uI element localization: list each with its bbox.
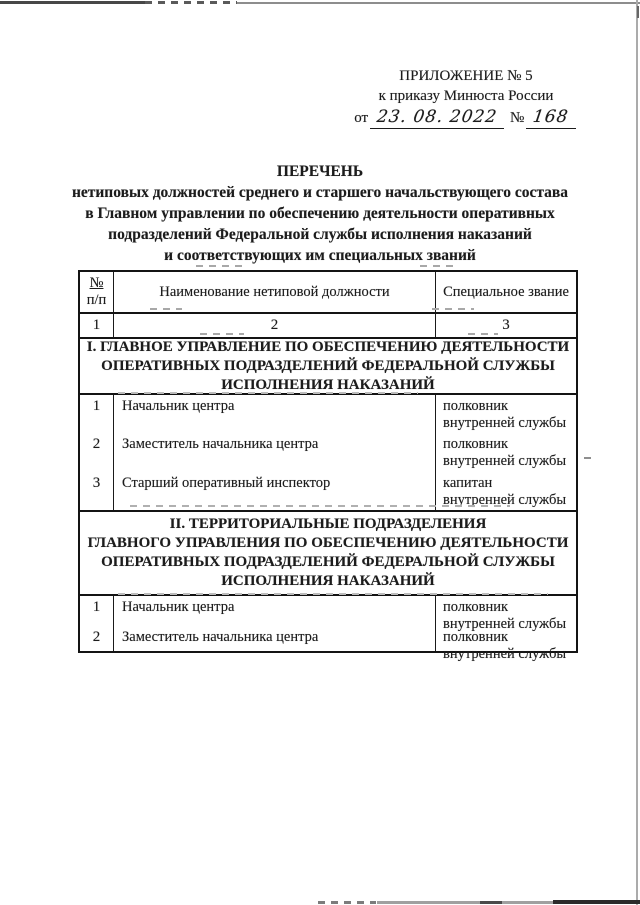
section-heading-2: II. ТЕРРИТОРИАЛЬНЫЕ ПОДРАЗДЕЛЕНИЯ ГЛАВНО… — [80, 512, 576, 596]
special-rank: капитан внутренней службы — [436, 472, 576, 510]
handwritten-number-underline: 168 — [526, 107, 575, 129]
scan-artifact-margin-dash — [584, 457, 591, 459]
header-rank-label: Специальное звание — [443, 284, 569, 301]
column-index-row: 1 2 3 — [80, 314, 576, 339]
section-1-col-position: Начальник центраЗаместитель начальника ц… — [114, 395, 436, 510]
handwritten-number: 168 — [532, 107, 570, 127]
scan-artifact-top-dashes — [145, 1, 237, 4]
scan-artifact-bottom-dark — [553, 900, 640, 904]
position-name: Старший оперативный инспектор — [114, 472, 435, 510]
number-sign-label: № — [510, 110, 524, 126]
position-name: Начальник центра — [114, 395, 435, 433]
table-header-row: № п/п Наименование нетиповой должности С… — [80, 272, 576, 314]
header-cell-position: Наименование нетиповой должности — [114, 272, 436, 312]
scan-artifact-top-dark — [0, 1, 145, 4]
approval-block: ПРИЛОЖЕНИЕ № 5 к приказу Минюста России … — [348, 66, 584, 129]
row-number: 3 — [80, 472, 113, 510]
handwritten-date: 23. 08. 2022 — [376, 107, 499, 127]
header-cell-rank: Специальное звание — [436, 272, 576, 312]
row-number: 1 — [80, 395, 113, 433]
section-rows-2: 12Начальник центраЗаместитель начальника… — [80, 596, 576, 651]
position-name: Заместитель начальника центра — [114, 433, 435, 472]
scan-artifact-top-thin — [237, 2, 640, 4]
date-from-label: от — [354, 110, 368, 126]
scan-artifact-bottom-dark-short — [480, 901, 502, 904]
position-name: Заместитель начальника центра — [114, 626, 435, 651]
section-2-col-num: 12 — [80, 596, 114, 651]
scan-artifact-bottom-bar — [377, 901, 555, 904]
scanned-document-page: ПРИЛОЖЕНИЕ № 5 к приказу Минюста России … — [0, 0, 640, 905]
position-name: Начальник центра — [114, 596, 435, 626]
header-num-pp: п/п — [87, 292, 107, 309]
section-rows-1: 123Начальник центраЗаместитель начальник… — [80, 395, 576, 512]
row-number: 2 — [80, 433, 113, 472]
appendix-number-line: ПРИЛОЖЕНИЕ № 5 — [348, 66, 584, 86]
column-index-1: 1 — [80, 314, 114, 337]
special-rank: полковник внутренней службы — [436, 596, 576, 626]
positions-table: № п/п Наименование нетиповой должности С… — [78, 270, 578, 653]
row-number: 1 — [80, 596, 113, 626]
handwritten-date-underline: 23. 08. 2022 — [370, 107, 504, 129]
scan-artifact-right-corner-tick — [637, 6, 639, 18]
order-reference-line: к приказу Минюста России — [348, 86, 584, 106]
special-rank: полковник внутренней службы — [436, 433, 576, 472]
section-1-col-rank: полковник внутренней службыполковник вну… — [436, 395, 576, 510]
section-1-col-num: 123 — [80, 395, 114, 510]
section-heading-1: I. ГЛАВНОЕ УПРАВЛЕНИЕ ПО ОБЕСПЕЧЕНИЮ ДЕЯ… — [80, 339, 576, 395]
table-sections: I. ГЛАВНОЕ УПРАВЛЕНИЕ ПО ОБЕСПЕЧЕНИЮ ДЕЯ… — [80, 339, 576, 651]
document-title: ПЕРЕЧЕНЬ нетиповых должностей среднего и… — [40, 161, 600, 266]
header-position-label: Наименование нетиповой должности — [159, 284, 389, 301]
special-rank: полковник внутренней службы — [436, 395, 576, 433]
scan-artifact-right-edge — [636, 0, 638, 905]
section-2-col-position: Начальник центраЗаместитель начальника ц… — [114, 596, 436, 651]
header-num-sign: № — [90, 275, 104, 292]
column-index-2: 2 — [114, 314, 436, 337]
scan-artifact-bottom-dots — [318, 901, 376, 904]
column-index-3: 3 — [436, 314, 576, 337]
header-cell-num: № п/п — [80, 272, 114, 312]
order-date-number-line: от23. 08. 2022 №168 — [348, 107, 584, 129]
section-2-col-rank: полковник внутренней службыполковник вну… — [436, 596, 576, 651]
row-number: 2 — [80, 626, 113, 651]
